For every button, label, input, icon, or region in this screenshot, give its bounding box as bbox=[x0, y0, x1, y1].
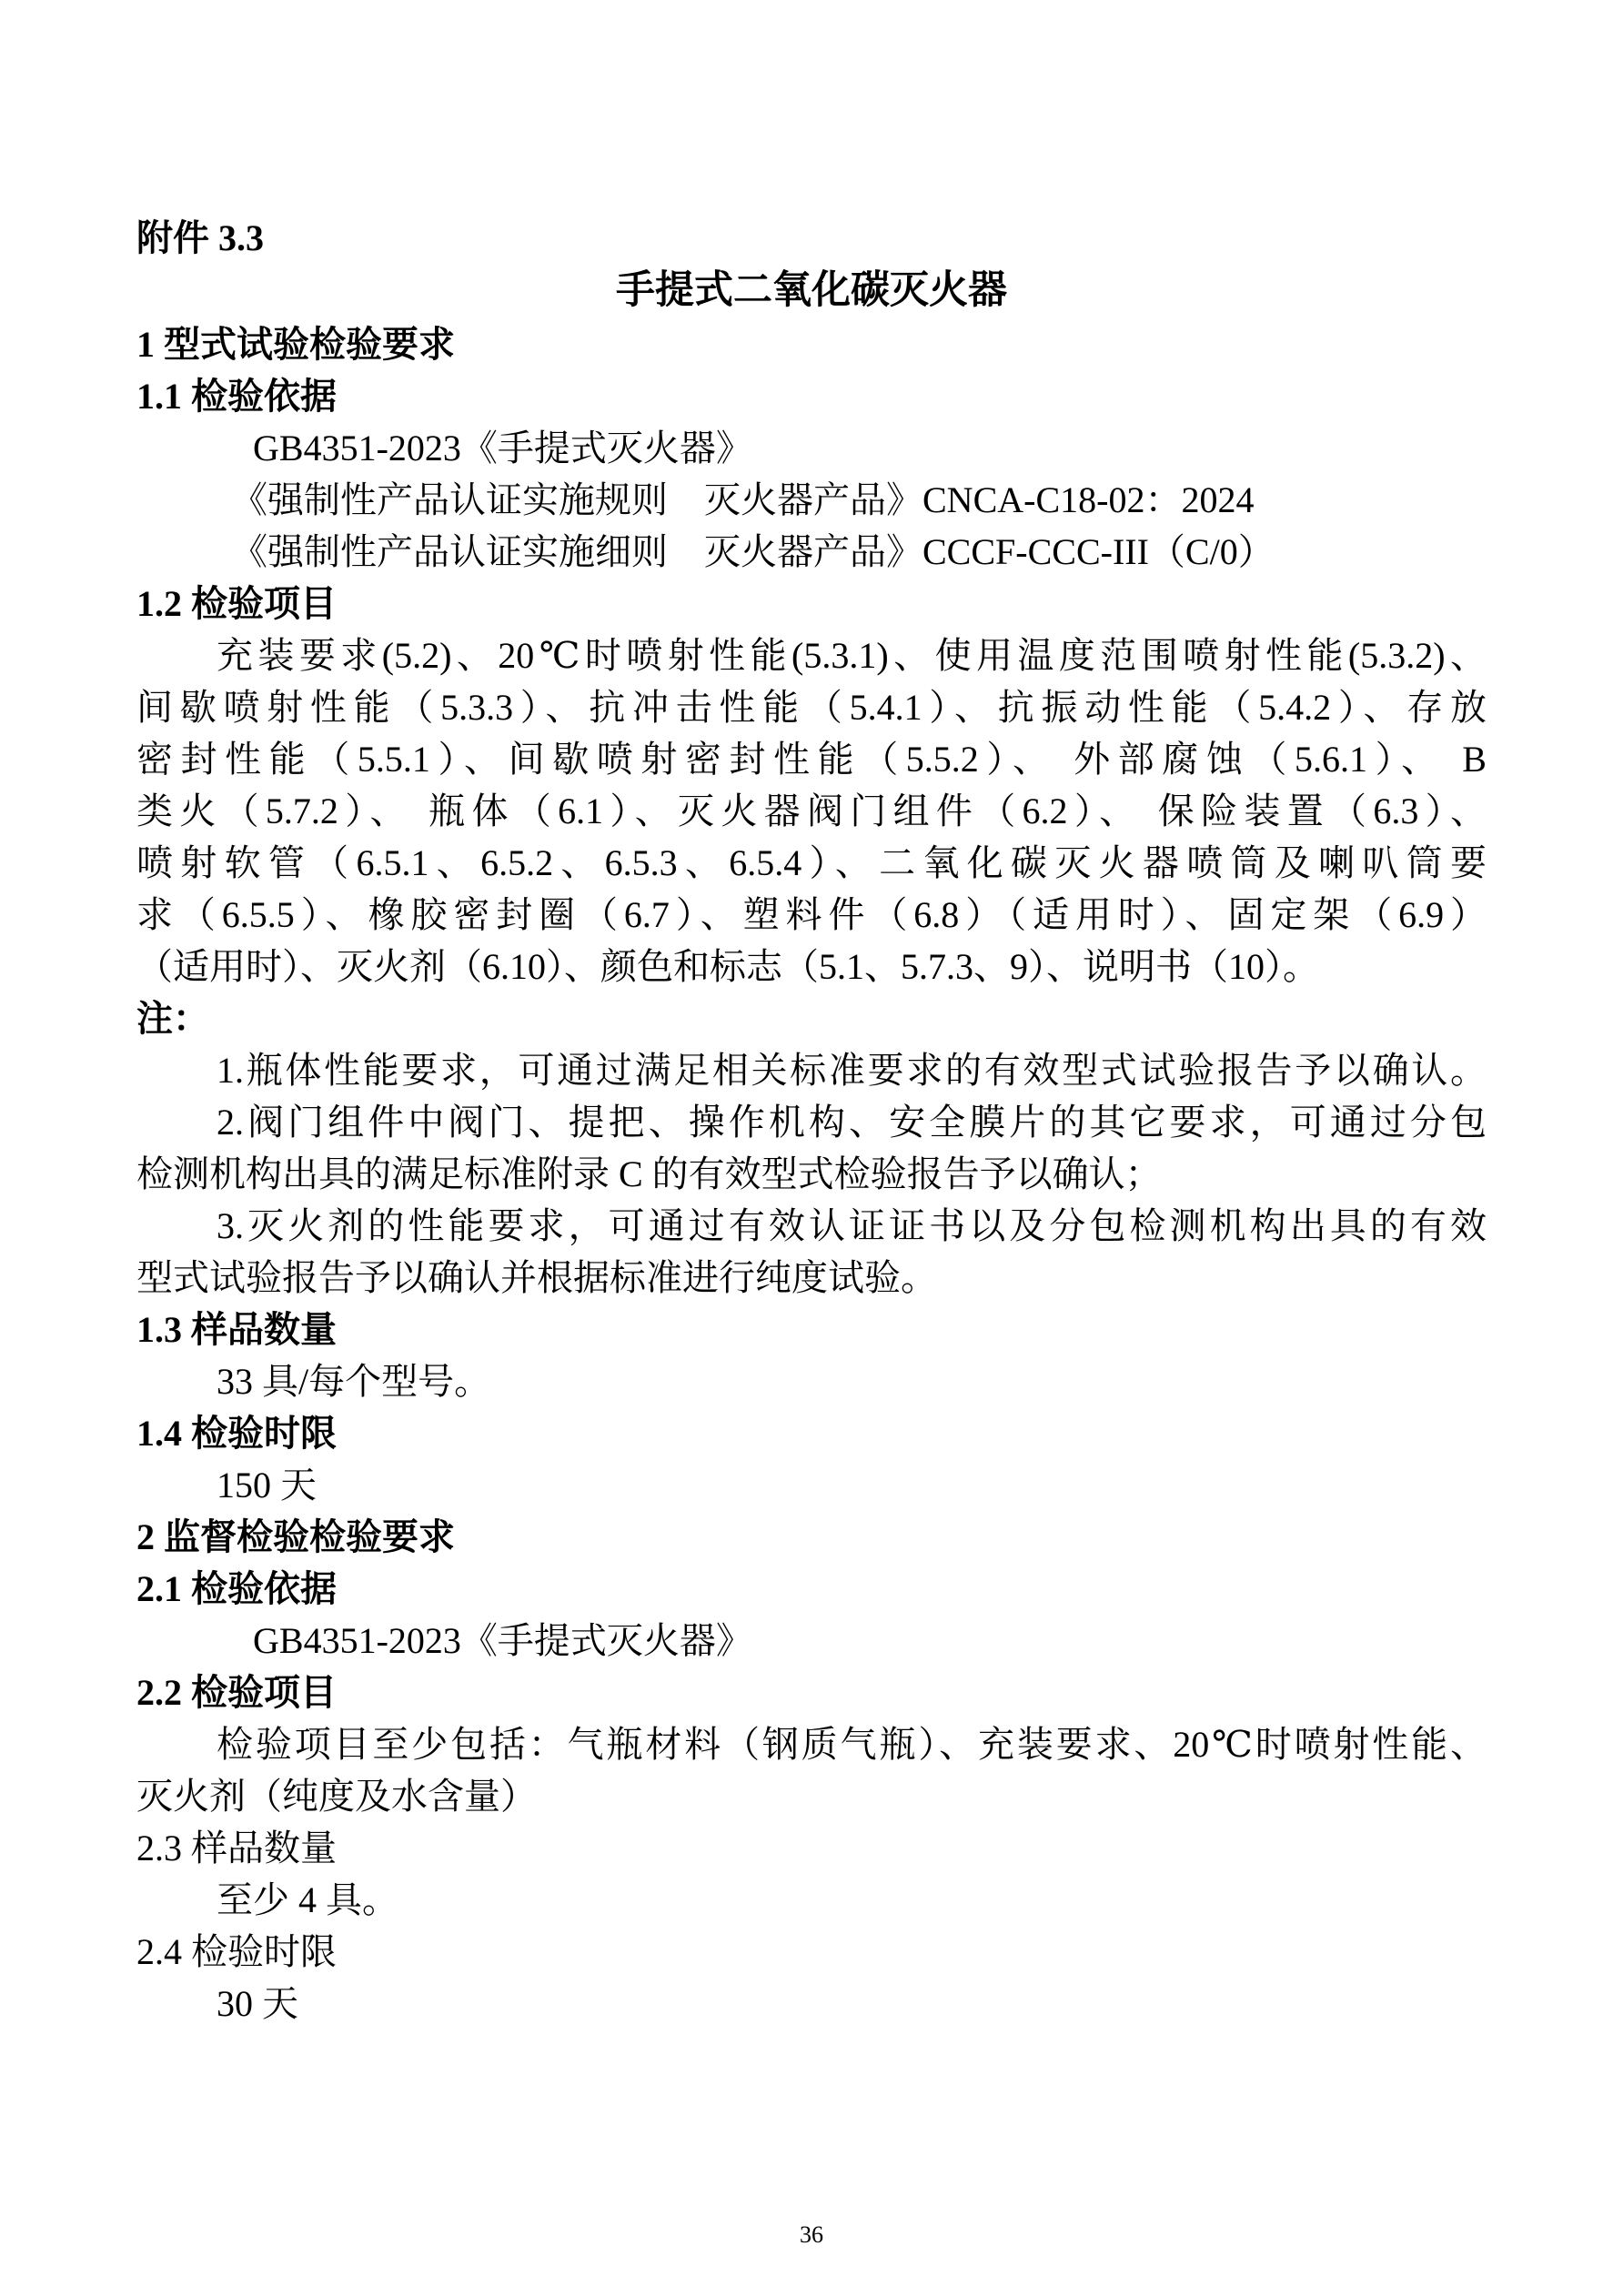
document-page: 附件 3.3 手提式二氧化碳灭火器 1 型式试验检验要求 1.1 检验依据 GB… bbox=[0, 0, 1623, 2296]
note-line: 型式试验报告予以确认并根据标准进行纯度试验。 bbox=[136, 1252, 1487, 1304]
paragraph-line: 密封性能（5.5.1）、间歇喷射密封性能（5.5.2）、 外部腐蚀（5.6.1）… bbox=[136, 733, 1487, 785]
section-2-1-heading: 2.1 检验依据 bbox=[136, 1563, 1487, 1615]
paragraph-line: 喷射软管（6.5.1、6.5.2、6.5.3、6.5.4）、二氧化碳灭火器喷筒及… bbox=[136, 837, 1487, 889]
reference-line: 《强制性产品认证实施细则 灭火器产品》CCCF-CCC-III（C/0） bbox=[136, 526, 1487, 578]
section-1-1-heading: 1.1 检验依据 bbox=[136, 370, 1487, 422]
section-1-4-heading: 1.4 检验时限 bbox=[136, 1407, 1487, 1459]
paragraph-line: 灭火剂（纯度及水含量） bbox=[136, 1770, 1487, 1822]
note-line: 3.灭火剂的性能要求，可通过有效认证证书以及分包检测机构出具的有效 bbox=[136, 1200, 1487, 1252]
section-2-heading: 2 监督检验检验要求 bbox=[136, 1511, 1487, 1563]
paragraph-line: （适用时）、灭火剂（6.10）、颜色和标志（5.1、5.7.3、9）、说明书（1… bbox=[136, 941, 1487, 992]
section-2-3-heading: 2.3 样品数量 bbox=[136, 1822, 1487, 1874]
page-number: 36 bbox=[0, 2221, 1623, 2249]
sample-quantity-value: 至少 4 具。 bbox=[136, 1874, 1487, 1926]
notes-label: 注： bbox=[136, 992, 1487, 1044]
paragraph-line: 间歇喷射性能（5.3.3）、抗冲击性能（5.4.1）、抗振动性能（5.4.2）、… bbox=[136, 681, 1487, 733]
paragraph-line: 充装要求(5.2)、20℃时喷射性能(5.3.1)、使用温度范围喷射性能(5.3… bbox=[136, 629, 1487, 681]
section-1-3-heading: 1.3 样品数量 bbox=[136, 1304, 1487, 1355]
reference-line: GB4351-2023《手提式灭火器》 bbox=[136, 422, 1487, 474]
section-2-4-heading: 2.4 检验时限 bbox=[136, 1926, 1487, 1978]
paragraph-line: 检验项目至少包括：气瓶材料（钢质气瓶）、充装要求、20℃时喷射性能、 bbox=[136, 1718, 1487, 1770]
paragraph-line: 求（6.5.5）、橡胶密封圈（6.7）、塑料件（6.8）（适用时）、固定架（6.… bbox=[136, 889, 1487, 941]
attachment-label: 附件 3.3 bbox=[136, 212, 1487, 264]
section-1-heading: 1 型式试验检验要求 bbox=[136, 318, 1487, 370]
note-line: 1.瓶体性能要求，可通过满足相关标准要求的有效型式试验报告予以确认。 bbox=[136, 1044, 1487, 1096]
duration-value: 30 天 bbox=[136, 1978, 1487, 2029]
duration-value: 150 天 bbox=[136, 1459, 1487, 1511]
note-line: 2.阀门组件中阀门、提把、操作机构、安全膜片的其它要求，可通过分包 bbox=[136, 1096, 1487, 1148]
paragraph-line: 类火（5.7.2）、 瓶体（6.1）、灭火器阀门组件（6.2）、 保险装置（6.… bbox=[136, 785, 1487, 837]
sample-quantity-value: 33 具/每个型号。 bbox=[136, 1355, 1487, 1407]
note-line: 检测机构出具的满足标准附录 C 的有效型式检验报告予以确认； bbox=[136, 1148, 1487, 1200]
section-2-2-heading: 2.2 检验项目 bbox=[136, 1667, 1487, 1718]
section-1-2-heading: 1.2 检验项目 bbox=[136, 578, 1487, 629]
document-title: 手提式二氧化碳灭火器 bbox=[136, 264, 1487, 318]
reference-line: 《强制性产品认证实施规则 灭火器产品》CNCA-C18-02：2024 bbox=[136, 474, 1487, 526]
reference-line: GB4351-2023《手提式灭火器》 bbox=[136, 1615, 1487, 1667]
